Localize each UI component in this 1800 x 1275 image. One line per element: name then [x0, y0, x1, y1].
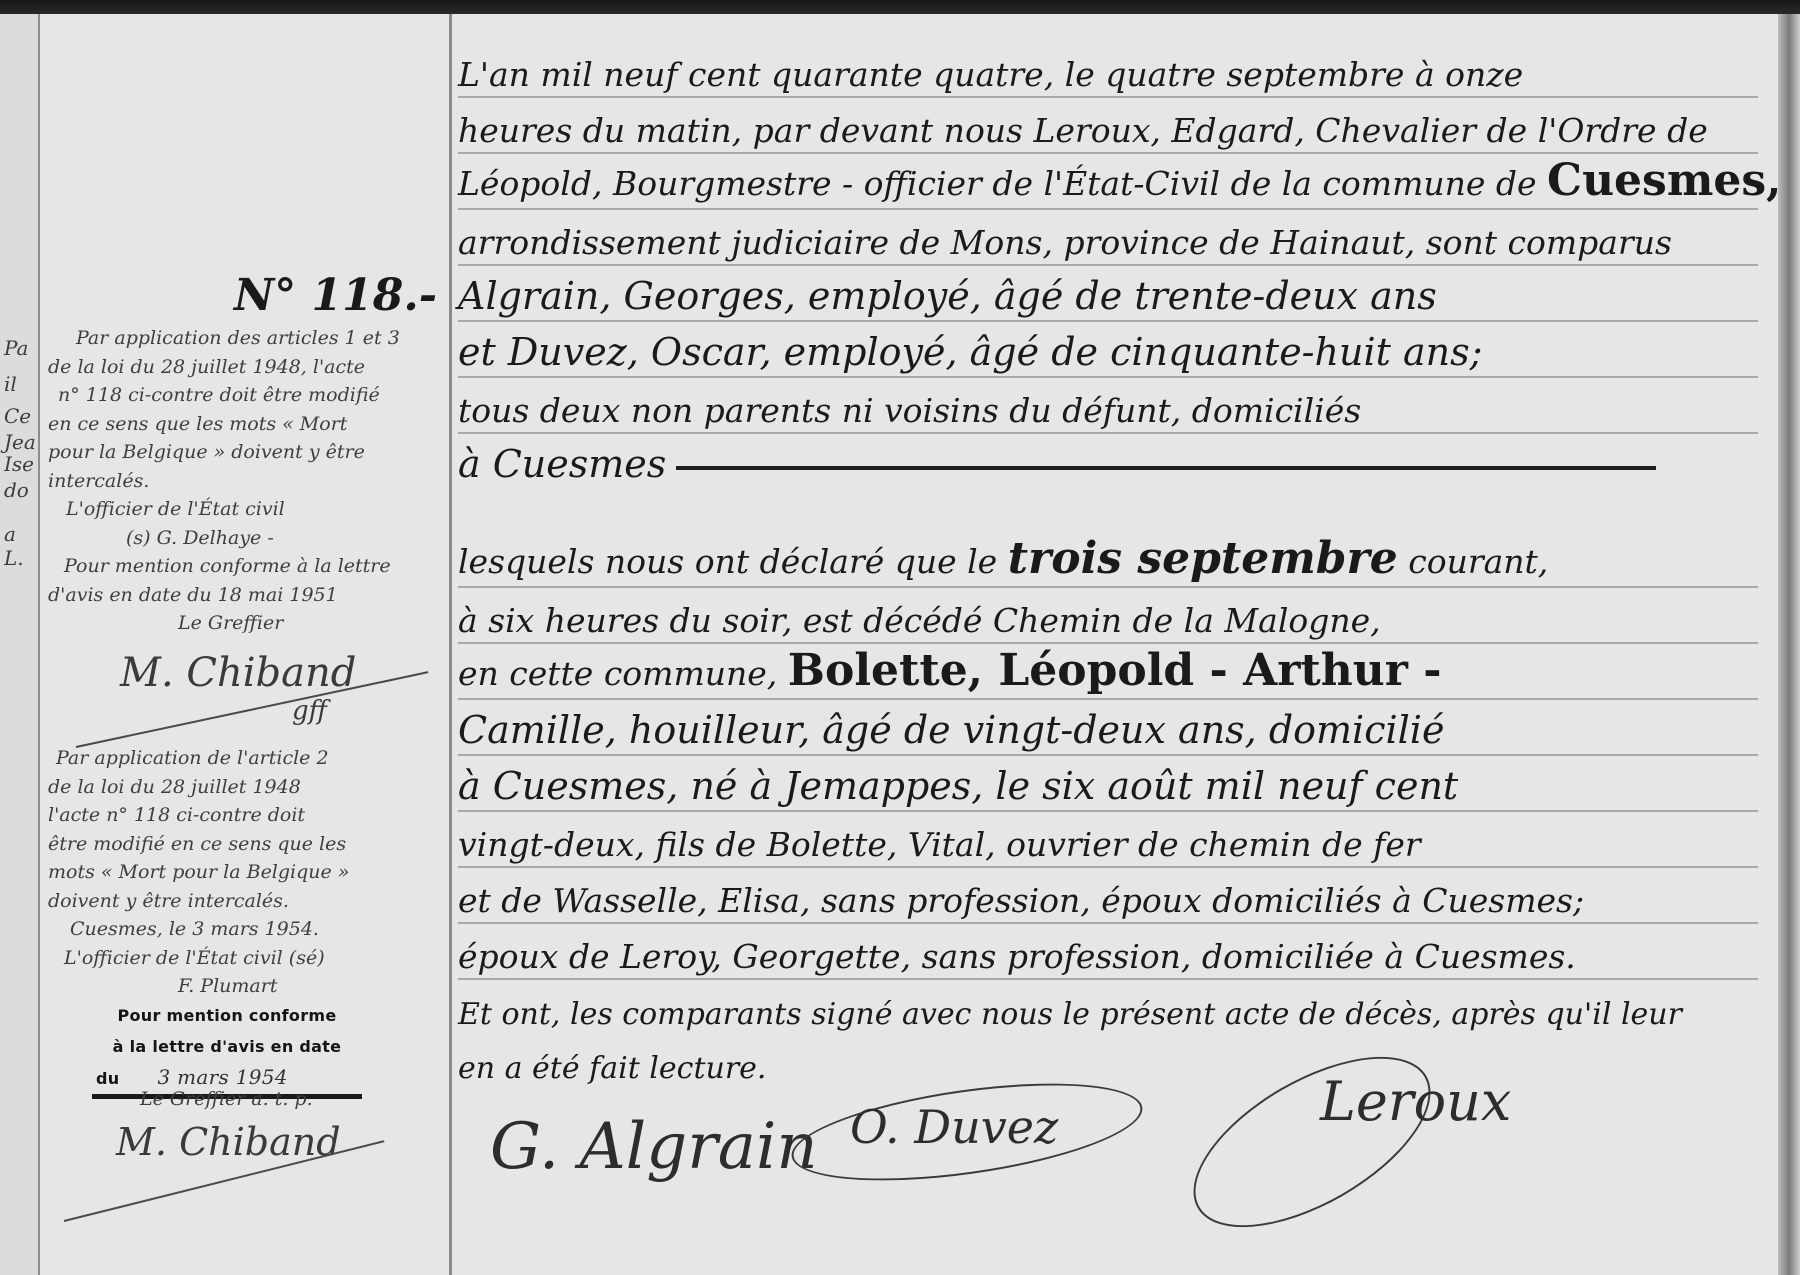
annotation-line: l'acte n° 118 ci-contre doit [48, 801, 448, 830]
greffier-signature-1954: M. Chiband [116, 1120, 341, 1164]
commune-name: Cuesmes, [1547, 155, 1781, 206]
annotation-line: L'officier de l'État civil [48, 495, 448, 524]
annotation-line: de la loi du 28 juillet 1948 [48, 773, 448, 802]
stamp-line: Pour mention conforme [92, 1000, 362, 1031]
annotation-line: Pour mention conforme à la lettre [48, 552, 448, 581]
body-line: vingt-deux, fils de Bolette, Vital, ouvr… [458, 812, 1758, 868]
act-number: N° 118.- [234, 270, 437, 321]
greffier-signature-1951: M. Chiband [120, 650, 356, 696]
gutter-fragment: Jea [4, 430, 36, 454]
margin-annotation-1951: Par application des articles 1 et 3 de l… [48, 324, 448, 638]
body-line: Et ont, les comparants signé avec nous l… [458, 980, 1758, 1034]
annotation-line: Par application de l'article 2 [48, 744, 448, 773]
body-line: à six heures du soir, est décédé Chemin … [458, 588, 1758, 644]
body-line: Camille, houilleur, âgé de vingt-deux an… [458, 700, 1758, 756]
gutter-fragment: Ise [4, 452, 34, 476]
annotation-line: F. Plumart [48, 972, 448, 1001]
gutter-fragment: L. [4, 546, 24, 570]
body-line: et de Wasselle, Elisa, sans profession, … [458, 868, 1758, 924]
annotation-line: en ce sens que les mots « Mort [48, 410, 448, 439]
body-line: Algrain, Georges, employé, âgé de trente… [458, 266, 1758, 322]
binding-gutter [0, 14, 38, 1275]
body-line: et Duvez, Oscar, employé, âgé de cinquan… [458, 322, 1758, 378]
body-line: heures du matin, par devant nous Leroux,… [458, 98, 1758, 154]
body-line: en a été fait lecture. [458, 1034, 1758, 1088]
annotation-line: être modifié en ce sens que les [48, 830, 448, 859]
annotation-line: mots « Mort pour la Belgique » [48, 858, 448, 887]
annotation-line: Le Greffier [48, 609, 448, 638]
stamp-date: 3 mars 1954 [157, 1065, 287, 1089]
annotation-line: d'avis en date du 18 mai 1951 [48, 581, 448, 610]
annotation-line: (s) G. Delhaye - [48, 524, 448, 553]
annotation-line: Cuesmes, le 3 mars 1954. [48, 915, 448, 944]
witness-1: Algrain, Georges, employé, âgé de trente… [458, 274, 1437, 318]
annotation-line: doivent y être intercalés. [48, 887, 448, 916]
signature-algrain: G. Algrain [490, 1110, 818, 1184]
annotation-line: Par application des articles 1 et 3 [48, 324, 448, 353]
stamp-date-prefix: du [96, 1069, 119, 1088]
annotation-line: L'officier de l'État civil (sé) [48, 944, 448, 973]
gutter-fragment: Ce [4, 404, 31, 428]
annotation-line: de la loi du 28 juillet 1948, l'acte [48, 353, 448, 382]
gutter-fragment: a [4, 522, 16, 546]
gutter-fragment: il [4, 372, 17, 396]
gutter-fragment: do [4, 478, 29, 502]
witness-2: et Duvez, Oscar, employé, âgé de cinquan… [458, 330, 1482, 374]
deceased-name: Bolette, Léopold - Arthur - [788, 645, 1442, 696]
body-line: L'an mil neuf cent quarante quatre, le q… [458, 42, 1758, 98]
body-line: à Cuesmes [458, 434, 1758, 488]
act-body: L'an mil neuf cent quarante quatre, le q… [458, 42, 1758, 1088]
margin-annotation-1954: Par application de l'article 2 de la loi… [48, 744, 448, 1001]
stamp-line: à la lettre d'avis en date [92, 1031, 362, 1062]
conformity-stamp: Pour mention conforme à la lettre d'avis… [92, 1000, 362, 1099]
filler-line [676, 466, 1656, 470]
signature-duvez: O. Duvez [850, 1100, 1058, 1154]
margin-divider-rule [449, 14, 452, 1275]
body-line: tous deux non parents ni voisins du défu… [458, 378, 1758, 434]
body-line: à Cuesmes, né à Jemappes, le six août mi… [458, 756, 1758, 812]
annotation-line: n° 118 ci-contre doit être modifié [48, 381, 448, 410]
body-line: époux de Leroy, Georgette, sans professi… [458, 924, 1758, 980]
gutter-rule [38, 14, 40, 1275]
body-line: en cette commune, Bolette, Léopold - Art… [458, 644, 1758, 700]
stamp-greffier-label: Le Greffier a. t. p. [140, 1088, 313, 1110]
annotation-line: intercalés. [48, 467, 448, 496]
body-line: Léopold, Bourgmestre - officier de l'Éta… [458, 154, 1758, 210]
signature-officer: Leroux [1320, 1070, 1511, 1133]
gutter-fragment: Pa [4, 336, 28, 360]
section-gap [458, 488, 1758, 532]
death-date: trois septembre [1008, 533, 1398, 584]
annotation-line: pour la Belgique » doivent y être [48, 438, 448, 467]
body-line: lesquels nous ont déclaré que le trois s… [458, 532, 1758, 588]
body-line: arrondissement judiciaire de Mons, provi… [458, 210, 1758, 266]
